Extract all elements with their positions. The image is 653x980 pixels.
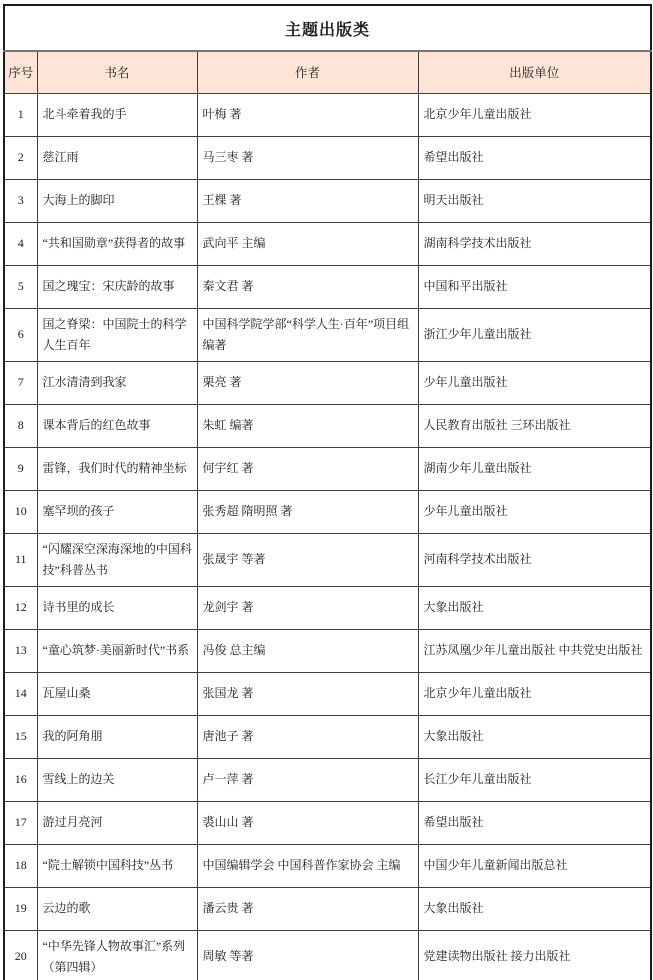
book-title: 瓦屋山桑: [37, 672, 197, 715]
document-page: 主题出版类 序号 书名 作者 出版单位 1北斗牵着我的手叶梅 著北京少年儿童出版…: [0, 0, 653, 980]
book-author: 张秀超 隋明照 著: [197, 490, 418, 533]
col-header-publisher: 出版单位: [418, 51, 651, 93]
book-publisher: 北京少年儿童出版社: [418, 93, 651, 136]
table-row: 5国之瑰宝：宋庆龄的故事秦文君 著中国和平出版社: [4, 265, 651, 308]
row-number: 17: [4, 801, 37, 844]
book-title: 大海上的脚印: [37, 179, 197, 222]
book-publisher: 大象出版社: [418, 715, 651, 758]
table-row: 19云边的歌潘云贵 著大象出版社: [4, 887, 651, 930]
book-publisher: 希望出版社: [418, 136, 651, 179]
book-title: 我的阿角朋: [37, 715, 197, 758]
book-title: 慈江雨: [37, 136, 197, 179]
table-row: 17游过月亮河裘山山 著希望出版社: [4, 801, 651, 844]
table-row: 11“闪耀深空深海深地的中国科技”科普丛书张晟宇 等著河南科学技术出版社: [4, 533, 651, 586]
book-publisher: 少年儿童出版社: [418, 490, 651, 533]
table-title: 主题出版类: [4, 5, 651, 51]
book-author: 张晟宇 等著: [197, 533, 418, 586]
book-author: 龙剑宇 著: [197, 586, 418, 629]
table-row: 9雷锋，我们时代的精神坐标何宇红 著湖南少年儿童出版社: [4, 447, 651, 490]
title-row: 主题出版类: [4, 5, 651, 51]
table-row: 13“童心筑梦·美丽新时代”书系冯俊 总主编江苏凤凰少年儿童出版社 中共党史出版…: [4, 629, 651, 672]
book-title: 塞罕坝的孩子: [37, 490, 197, 533]
book-author: 栗亮 著: [197, 361, 418, 404]
row-number: 6: [4, 308, 37, 361]
table-row: 16雪线上的边关卢一萍 著长江少年儿童出版社: [4, 758, 651, 801]
row-number: 1: [4, 93, 37, 136]
table-body: 1北斗牵着我的手叶梅 著北京少年儿童出版社2慈江雨马三枣 著希望出版社3大海上的…: [4, 93, 651, 980]
book-author: 朱虹 编著: [197, 404, 418, 447]
book-author: 中国编辑学会 中国科普作家协会 主编: [197, 844, 418, 887]
table-row: 8课本背后的红色故事朱虹 编著人民教育出版社 三环出版社: [4, 404, 651, 447]
book-author: 张国龙 著: [197, 672, 418, 715]
table-row: 2慈江雨马三枣 著希望出版社: [4, 136, 651, 179]
table-row: 3大海上的脚印王棵 著明天出版社: [4, 179, 651, 222]
book-publisher: 希望出版社: [418, 801, 651, 844]
book-publisher: 中国和平出版社: [418, 265, 651, 308]
book-publisher: 长江少年儿童出版社: [418, 758, 651, 801]
book-title: “闪耀深空深海深地的中国科技”科普丛书: [37, 533, 197, 586]
book-author: 何宇红 著: [197, 447, 418, 490]
table-row: 14瓦屋山桑张国龙 著北京少年儿童出版社: [4, 672, 651, 715]
row-number: 9: [4, 447, 37, 490]
book-publisher: 大象出版社: [418, 586, 651, 629]
table-row: 15我的阿角朋唐池子 著大象出版社: [4, 715, 651, 758]
book-title: 游过月亮河: [37, 801, 197, 844]
book-author: 卢一萍 著: [197, 758, 418, 801]
row-number: 5: [4, 265, 37, 308]
book-author: 潘云贵 著: [197, 887, 418, 930]
book-title: 雪线上的边关: [37, 758, 197, 801]
book-publisher: 党建读物出版社 接力出版社: [418, 930, 651, 980]
book-table: 主题出版类 序号 书名 作者 出版单位 1北斗牵着我的手叶梅 著北京少年儿童出版…: [3, 4, 652, 980]
col-header-book-title: 书名: [37, 51, 197, 93]
table-row: 12诗书里的成长龙剑宇 著大象出版社: [4, 586, 651, 629]
row-number: 19: [4, 887, 37, 930]
row-number: 20: [4, 930, 37, 980]
book-author: 冯俊 总主编: [197, 629, 418, 672]
row-number: 13: [4, 629, 37, 672]
book-title: 云边的歌: [37, 887, 197, 930]
book-title: 雷锋，我们时代的精神坐标: [37, 447, 197, 490]
book-author: 叶梅 著: [197, 93, 418, 136]
book-publisher: 湖南少年儿童出版社: [418, 447, 651, 490]
table-row: 6国之脊梁：中国院士的科学人生百年中国科学院学部“科学人生·百年”项目组编著浙江…: [4, 308, 651, 361]
book-publisher: 大象出版社: [418, 887, 651, 930]
col-header-index: 序号: [4, 51, 37, 93]
row-number: 12: [4, 586, 37, 629]
header-row: 序号 书名 作者 出版单位: [4, 51, 651, 93]
book-author: 马三枣 著: [197, 136, 418, 179]
row-number: 14: [4, 672, 37, 715]
book-publisher: 浙江少年儿童出版社: [418, 308, 651, 361]
table-row: 7江水清清到我家栗亮 著少年儿童出版社: [4, 361, 651, 404]
table-row: 4“共和国勋章”获得者的故事武向平 主编湖南科学技术出版社: [4, 222, 651, 265]
table-row: 20“中华先锋人物故事汇”系列（第四辑）周敏 等著党建读物出版社 接力出版社: [4, 930, 651, 980]
row-number: 11: [4, 533, 37, 586]
row-number: 16: [4, 758, 37, 801]
row-number: 18: [4, 844, 37, 887]
book-title: “中华先锋人物故事汇”系列（第四辑）: [37, 930, 197, 980]
row-number: 8: [4, 404, 37, 447]
book-publisher: 明天出版社: [418, 179, 651, 222]
book-author: 秦文君 著: [197, 265, 418, 308]
book-author: 中国科学院学部“科学人生·百年”项目组编著: [197, 308, 418, 361]
book-publisher: 江苏凤凰少年儿童出版社 中共党史出版社: [418, 629, 651, 672]
book-author: 武向平 主编: [197, 222, 418, 265]
row-number: 7: [4, 361, 37, 404]
book-title: 江水清清到我家: [37, 361, 197, 404]
book-publisher: 中国少年儿童新闻出版总社: [418, 844, 651, 887]
book-title: 诗书里的成长: [37, 586, 197, 629]
book-publisher: 河南科学技术出版社: [418, 533, 651, 586]
row-number: 4: [4, 222, 37, 265]
book-title: 北斗牵着我的手: [37, 93, 197, 136]
book-author: 裘山山 著: [197, 801, 418, 844]
table-row: 10塞罕坝的孩子张秀超 隋明照 著少年儿童出版社: [4, 490, 651, 533]
book-publisher: 北京少年儿童出版社: [418, 672, 651, 715]
book-publisher: 人民教育出版社 三环出版社: [418, 404, 651, 447]
book-title: 课本背后的红色故事: [37, 404, 197, 447]
row-number: 15: [4, 715, 37, 758]
book-publisher: 湖南科学技术出版社: [418, 222, 651, 265]
book-publisher: 少年儿童出版社: [418, 361, 651, 404]
book-title: 国之瑰宝：宋庆龄的故事: [37, 265, 197, 308]
book-title: “共和国勋章”获得者的故事: [37, 222, 197, 265]
book-author: 王棵 著: [197, 179, 418, 222]
book-author: 周敏 等著: [197, 930, 418, 980]
row-number: 3: [4, 179, 37, 222]
book-title: 国之脊梁：中国院士的科学人生百年: [37, 308, 197, 361]
table-row: 18“院士解锁中国科技”丛书中国编辑学会 中国科普作家协会 主编中国少年儿童新闻…: [4, 844, 651, 887]
table-row: 1北斗牵着我的手叶梅 著北京少年儿童出版社: [4, 93, 651, 136]
row-number: 2: [4, 136, 37, 179]
row-number: 10: [4, 490, 37, 533]
book-title: “童心筑梦·美丽新时代”书系: [37, 629, 197, 672]
book-title: “院士解锁中国科技”丛书: [37, 844, 197, 887]
col-header-author: 作者: [197, 51, 418, 93]
book-author: 唐池子 著: [197, 715, 418, 758]
